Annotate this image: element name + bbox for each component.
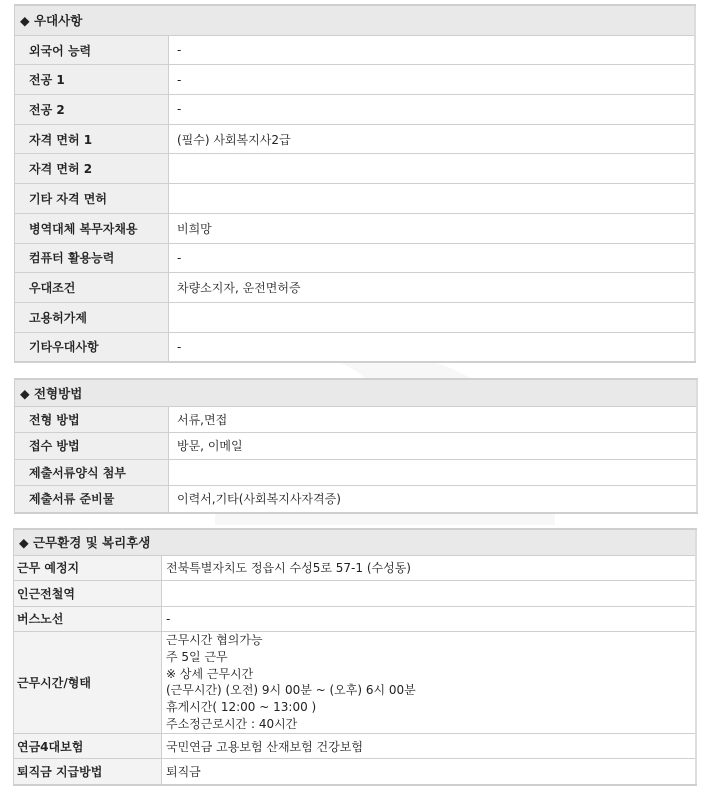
- table-row: 기타우대사항-: [15, 332, 696, 362]
- work-hours-line: ※ 상세 근무시간: [166, 666, 687, 683]
- table-row: 제출서류 준비물이력서,기타(사회복지사자격증): [15, 486, 698, 513]
- row-value: -: [169, 65, 696, 95]
- row-label: 외국어 능력: [15, 35, 169, 65]
- row-label: 컴퓨터 활용능력: [15, 243, 169, 273]
- row-value: [162, 581, 697, 607]
- table-row: 전공 1-: [15, 65, 696, 95]
- section-title: ◆ 우대사항: [15, 5, 696, 35]
- table-row: 버스노선-: [14, 606, 697, 632]
- row-label: 근무시간/형태: [14, 632, 162, 734]
- preferences-section: ◆ 우대사항 외국어 능력- 전공 1- 전공 2- 자격 면허 1(필수) 사…: [14, 4, 696, 363]
- row-label: 병역대체 복무자채용: [15, 213, 169, 243]
- row-value: [169, 302, 696, 332]
- row-label: 제출서류양식 첨부: [15, 459, 169, 486]
- row-value: 국민연금 고용보험 산재보험 건강보험: [162, 733, 697, 759]
- row-value: -: [169, 35, 696, 65]
- table-row: 근무시간/형태 근무시간 협의가능 주 5일 근무 ※ 상세 근무시간 (근무시…: [14, 632, 697, 734]
- table-row: 자격 면허 2: [15, 154, 696, 184]
- row-value: [169, 184, 696, 214]
- table-row: 컴퓨터 활용능력-: [15, 243, 696, 273]
- row-label: 전공 1: [15, 65, 169, 95]
- row-value: 서류,면접: [169, 406, 698, 433]
- table-row: 자격 면허 1(필수) 사회복지사2급: [15, 124, 696, 154]
- table-row: 외국어 능력-: [15, 35, 696, 65]
- table-row: 전공 2-: [15, 95, 696, 125]
- row-label: 기타 자격 면허: [15, 184, 169, 214]
- row-label: 전형 방법: [15, 406, 169, 433]
- section-title: ◆ 근무환경 및 복리후생: [14, 529, 697, 555]
- work-hours-line: 근무시간 협의가능: [166, 632, 687, 649]
- row-value: -: [169, 243, 696, 273]
- row-label: 우대조건: [15, 273, 169, 303]
- row-label: 제출서류 준비물: [15, 486, 169, 513]
- preferences-table: ◆ 우대사항 외국어 능력- 전공 1- 전공 2- 자격 면허 1(필수) 사…: [14, 4, 696, 363]
- work-hours-line: 주 5일 근무: [166, 649, 687, 666]
- table-row: 연금4대보험국민연금 고용보험 산재보험 건강보험: [14, 733, 697, 759]
- row-label: 전공 2: [15, 95, 169, 125]
- table-row: 우대조건차량소지자, 운전면허증: [15, 273, 696, 303]
- table-row: 고용허가제: [15, 302, 696, 332]
- selection-table: ◆ 전형방법 전형 방법서류,면접 접수 방법방문, 이메일 제출서류양식 첨부…: [14, 378, 698, 514]
- row-label: 접수 방법: [15, 433, 169, 460]
- work-hours-value: 근무시간 협의가능 주 5일 근무 ※ 상세 근무시간 (근무시간) (오전) …: [162, 632, 697, 734]
- row-label: 자격 면허 1: [15, 124, 169, 154]
- section-title: ◆ 전형방법: [15, 379, 698, 406]
- row-label: 버스노선: [14, 606, 162, 632]
- row-value: 전북특별자치도 정읍시 수성5로 57-1 (수성동): [162, 555, 697, 581]
- row-value: [169, 154, 696, 184]
- table-row: 기타 자격 면허: [15, 184, 696, 214]
- work-environment-section: ◆ 근무환경 및 복리후생 근무 예정지전북특별자치도 정읍시 수성5로 57-…: [13, 528, 697, 786]
- row-label: 근무 예정지: [14, 555, 162, 581]
- selection-section: ◆ 전형방법 전형 방법서류,면접 접수 방법방문, 이메일 제출서류양식 첨부…: [14, 378, 698, 514]
- table-row: 퇴직금 지급방법퇴직금: [14, 759, 697, 785]
- work-hours-line: (근무시간) (오전) 9시 00분 ~ (오후) 6시 00분: [166, 682, 687, 699]
- table-row: 근무 예정지전북특별자치도 정읍시 수성5로 57-1 (수성동): [14, 555, 697, 581]
- row-value: 방문, 이메일: [169, 433, 698, 460]
- row-value: (필수) 사회복지사2급: [169, 124, 696, 154]
- row-label: 자격 면허 2: [15, 154, 169, 184]
- table-row: 전형 방법서류,면접: [15, 406, 698, 433]
- work-hours-line: 휴게시간( 12:00 ~ 13:00 ): [166, 699, 687, 716]
- row-label: 퇴직금 지급방법: [14, 759, 162, 785]
- row-value: 비희망: [169, 213, 696, 243]
- table-row: 인근전철역: [14, 581, 697, 607]
- row-label: 연금4대보험: [14, 733, 162, 759]
- row-value: -: [169, 332, 696, 362]
- row-value: 이력서,기타(사회복지사자격증): [169, 486, 698, 513]
- row-value: [169, 459, 698, 486]
- table-row: 접수 방법방문, 이메일: [15, 433, 698, 460]
- row-label: 고용허가제: [15, 302, 169, 332]
- row-value: 퇴직금: [162, 759, 697, 785]
- work-hours-line: 주소정근로시간 : 40시간: [166, 716, 687, 733]
- row-label: 인근전철역: [14, 581, 162, 607]
- row-value: -: [162, 606, 697, 632]
- row-label: 기타우대사항: [15, 332, 169, 362]
- table-row: 제출서류양식 첨부: [15, 459, 698, 486]
- row-value: -: [169, 95, 696, 125]
- work-environment-table: ◆ 근무환경 및 복리후생 근무 예정지전북특별자치도 정읍시 수성5로 57-…: [13, 528, 697, 786]
- row-value: 차량소지자, 운전면허증: [169, 273, 696, 303]
- table-row: 병역대체 복무자채용비희망: [15, 213, 696, 243]
